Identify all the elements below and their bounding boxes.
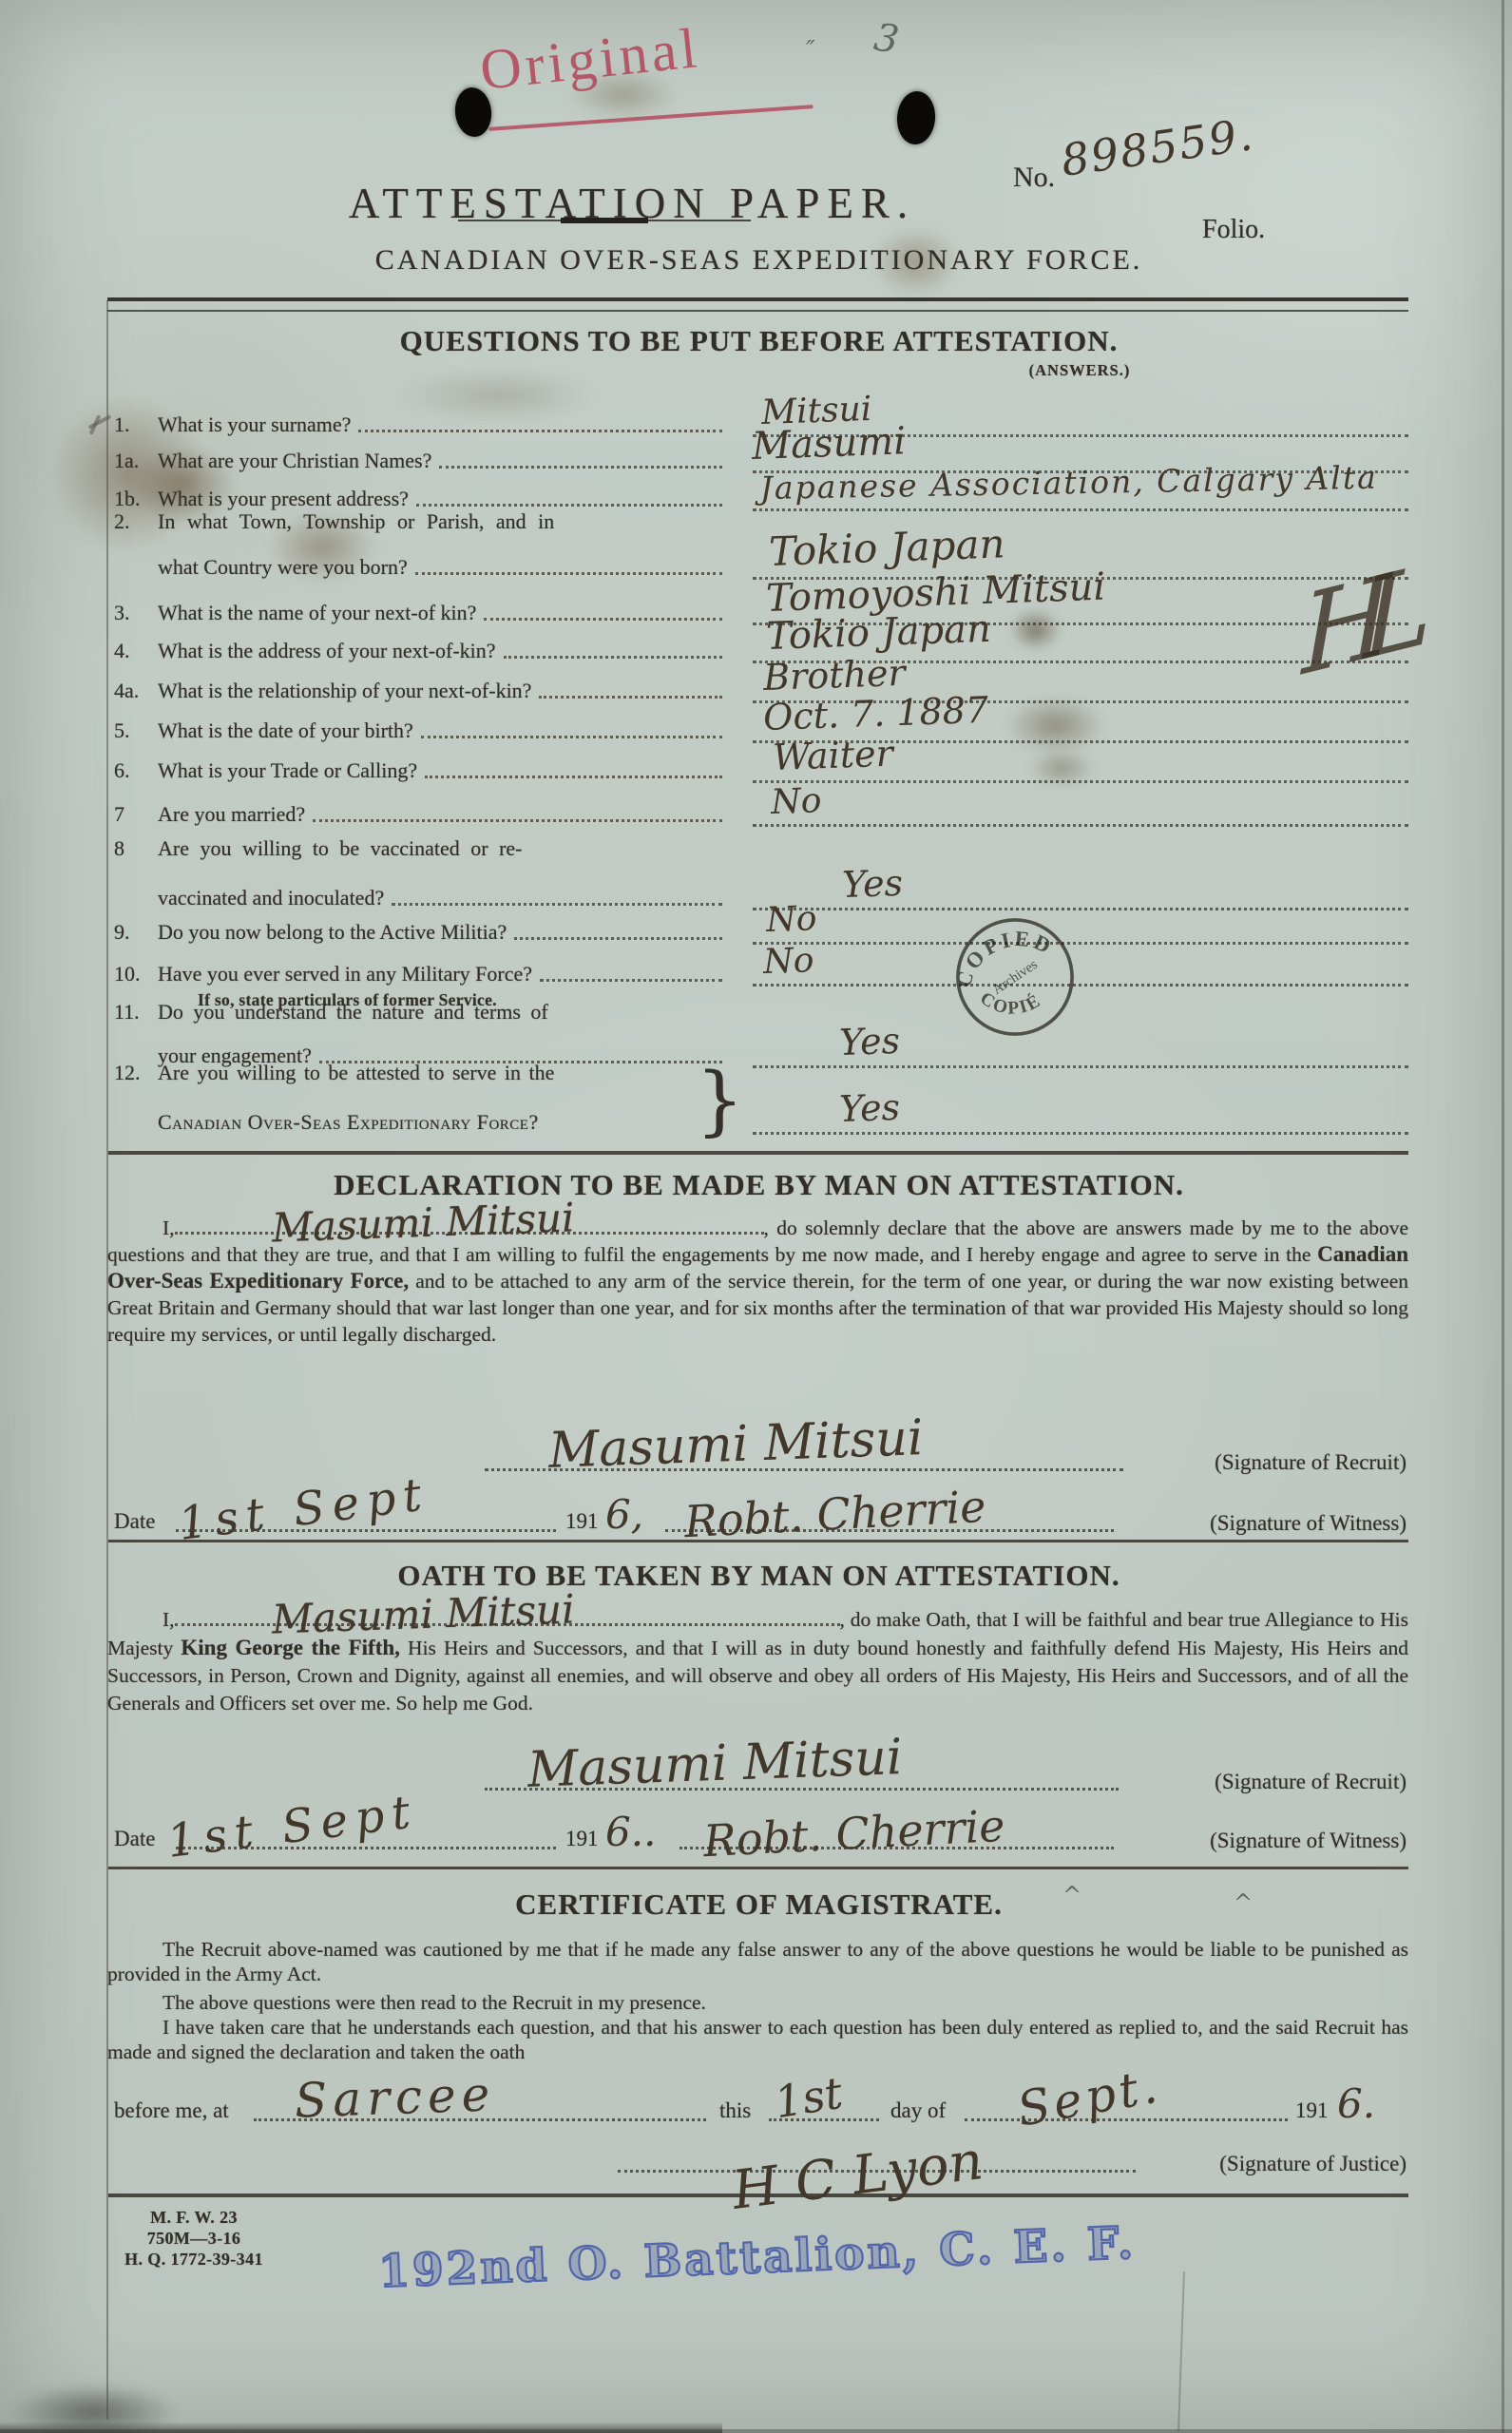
declaration-heading: DECLARATION TO BE MADE BY MAN ON ATTESTA… [109, 1168, 1408, 1202]
certificate-paragraph-1: The Recruit above-named was cautioned by… [107, 1937, 1408, 1986]
year-print: 191 [565, 1509, 599, 1534]
question-number: 5. [114, 718, 158, 743]
handwritten-answer: Waiter [772, 733, 893, 778]
this-label: this [719, 2098, 751, 2123]
section-divider [108, 1540, 1408, 1542]
question-row-4a: 4a.What is the relationship of your next… [114, 665, 1408, 703]
declaration-date-row: Date 1st Sept 191 6, Robt. Cherrie (Sign… [109, 1479, 1408, 1540]
question-text: What is the date of your birth? [158, 718, 413, 743]
section-divider [108, 1867, 1408, 1869]
question-text: What is the name of your next-of kin? [158, 601, 476, 625]
handwritten-answer: Yes [838, 1086, 900, 1130]
dotted-leader [358, 430, 722, 432]
oath-heading: OATH TO BE TAKEN BY MAN ON ATTESTATION. [109, 1559, 1408, 1593]
question-text: Canadian Over-Seas Expeditionary Force? [158, 1110, 539, 1135]
recruit-signature-label: (Signature of Recruit) [1215, 1770, 1407, 1794]
witness-signature-label: (Signature of Witness) [1210, 1829, 1407, 1853]
pencil-caret: ^ [1234, 1889, 1253, 1916]
question-number: 12. [114, 1061, 158, 1085]
document-subtitle: CANADIAN OVER-SEAS EXPEDITIONARY FORCE. [109, 244, 1408, 277]
question-number: 8 [114, 836, 158, 861]
handwritten-answer: No [766, 899, 818, 940]
recruit-signature-label: (Signature of Recruit) [1215, 1450, 1407, 1475]
folio-label: Folio. [1202, 215, 1265, 245]
handwritten-answer: Tokio Japan [765, 607, 991, 659]
question-number: 1. [114, 412, 158, 437]
handwritten-date: 1st Sept [176, 1467, 432, 1551]
witness-signature: Robt. Cherrie [702, 1800, 1006, 1868]
certificate-before-me-row: before me, at Sarcee this 1st day of Sep… [109, 2068, 1408, 2129]
oath-name-line: Masumi Mitsui [175, 1600, 840, 1626]
dotted-leader [504, 656, 722, 659]
page-edge [0, 2429, 1512, 2433]
question-number: 4. [114, 639, 158, 663]
year-print: 191 [565, 1827, 599, 1851]
handwritten-answer: Oct. 7. 1887 [762, 689, 988, 738]
declaration-paragraph: I,Masumi Mitsui, do solemnly declare tha… [107, 1209, 1408, 1348]
handwritten-name: Masumi Mitsui [216, 1595, 574, 1635]
form-reference-block: M. F. W. 23 750M—3-16 H. Q. 1772-39-341 [110, 2207, 278, 2270]
question-text: Are you willing to be vaccinated or re- [158, 836, 522, 861]
question-row-9: 9.Do you now belong to the Active Militi… [114, 907, 1408, 945]
certificate-paragraph-2: The above questions were then read to th… [107, 1990, 1408, 2015]
dotted-leader [539, 696, 722, 699]
handwritten-answer: Tokio Japan [768, 520, 1005, 575]
handwritten-answer: No [771, 781, 823, 822]
handwritten-date: 1st Sept [164, 1785, 421, 1868]
dotted-leader [392, 903, 722, 906]
question-text: Do you now belong to the Active Militia? [158, 920, 507, 945]
handwritten-answer: Yes [838, 1020, 900, 1063]
form-reference: H. Q. 1772-39-341 [110, 2249, 278, 2270]
declaration-intro: I, [163, 1216, 175, 1239]
oath-recruit-signature-row: Masumi Mitsui (Signature of Recruit) [109, 1743, 1408, 1798]
answer-line: Yes [753, 1096, 1408, 1135]
question-number: 4a. [114, 679, 158, 703]
curly-brace: } [696, 1056, 744, 1144]
question-row-1b: 1b.What is your present address? Japanes… [114, 473, 1408, 511]
handwritten-year-digit: 6.. [605, 1809, 656, 1855]
question-text: What is the address of your next-of-kin? [158, 639, 496, 663]
handwritten-year-digit: 6. [1337, 2080, 1375, 2127]
question-row-5: 5.What is the date of your birth? Oct. 7… [114, 705, 1408, 743]
service-number-handwritten: 898559. [1058, 108, 1257, 186]
dotted-leader [416, 504, 722, 507]
answer-line: No [753, 906, 1408, 945]
witness-signature-label: (Signature of Witness) [1210, 1511, 1407, 1536]
question-number: 7 [114, 802, 158, 827]
question-number: 6. [114, 758, 158, 783]
question-text: Have you ever served in any Military For… [158, 962, 532, 987]
form-reference: 750M—3-16 [110, 2228, 278, 2249]
handwritten-year-digit: 6, [605, 1491, 643, 1538]
question-text: Are you willing to be attested to serve … [158, 1061, 554, 1085]
question-text: In what Town, Township or Parish, and in [158, 509, 554, 534]
oath-paragraph: I,Masumi Mitsui, do make Oath, that I wi… [107, 1600, 1408, 1717]
handwritten-place: Sarcee [294, 2066, 496, 2128]
handwritten-day: 1st [771, 2067, 846, 2128]
pencil-caret: ^ [1062, 1882, 1081, 1908]
pencil-mark: ″ [806, 36, 815, 65]
page-edge [1502, 0, 1504, 2433]
question-text: What are your Christian Names? [158, 449, 431, 473]
questions-heading: QUESTIONS TO BE PUT BEFORE ATTESTATION. [109, 324, 1408, 358]
question-row-11: 11.Do you understand the nature and term… [114, 1000, 1408, 1068]
question-number: 2. [114, 509, 158, 534]
attestation-paper-document: Original 3 ″ ATTESTATION PAPER. No. 8985… [0, 0, 1512, 2433]
question-text: What is your surname? [158, 412, 351, 437]
section-divider [108, 1151, 1408, 1155]
original-underline [488, 105, 813, 130]
punch-hole [895, 90, 937, 146]
year-print: 191 [1295, 2098, 1329, 2123]
form-reference: M. F. W. 23 [110, 2207, 278, 2228]
handwritten-month: Sept. [1013, 2058, 1165, 2136]
question-text: Do you understand the nature and terms o… [158, 1000, 548, 1025]
question-text: what Country were you born? [158, 555, 408, 580]
scratch-mark [1177, 2271, 1185, 2431]
question-row-6: 6.What is your Trade or Calling? Waiter [114, 745, 1408, 783]
dotted-leader [540, 979, 722, 982]
question-text: What is the relationship of your next-of… [158, 679, 531, 703]
answer-line: Waiter [753, 744, 1408, 783]
dotted-leader [425, 776, 722, 778]
justice-signature: H C Lyon [729, 2130, 986, 2222]
question-text: What is your present address? [158, 487, 409, 511]
question-row-3: 3.What is the name of your next-of kin? … [114, 587, 1408, 625]
number-label: No. [1013, 162, 1055, 194]
question-row-8: 8Are you willing to be vaccinated or re-… [114, 836, 1408, 910]
question-row-2: 2.In what Town, Township or Parish, and … [114, 509, 1408, 580]
original-annotation: Original [477, 15, 703, 104]
before-me-label: before me, at [114, 2098, 229, 2123]
justice-signature-label: (Signature of Justice) [1219, 2152, 1407, 2176]
dotted-leader [415, 572, 722, 575]
question-number: 1a. [114, 449, 158, 473]
handwritten-answer: No [763, 941, 815, 982]
handwritten-answer: Masumi [751, 419, 906, 469]
dotted-leader [313, 819, 722, 822]
certificate-paragraph-3: I have taken care that he understands ea… [107, 2015, 1408, 2064]
battalion-stamp: 192nd O. Battalion, C. E. F. [377, 2217, 1137, 2299]
pencil-note: 3 [871, 15, 902, 62]
dotted-leader [514, 937, 722, 940]
witness-signature: Robt. Cherrie [683, 1481, 987, 1548]
title-rule [458, 220, 751, 221]
question-text: Are you married? [158, 802, 305, 827]
question-row-4: 4.What is the address of your next-of-ki… [114, 625, 1408, 663]
answer-line: Japanese Association, Calgary Alta [753, 472, 1408, 511]
oath-date-row: Date 1st Sept 191 6.. Robt. Cherrie (Sig… [109, 1798, 1408, 1857]
question-row-10: 10.Have you ever served in any Military … [114, 948, 1408, 987]
date-label: Date [114, 1509, 155, 1534]
declaration-name-line: Masumi Mitsui [175, 1209, 764, 1235]
certificate-heading: CERTIFICATE OF MAGISTRATE. [109, 1887, 1408, 1922]
question-row-7: 7Are you married? No [114, 789, 1408, 827]
justice-signature-row: H C Lyon (Signature of Justice) [109, 2133, 1408, 2180]
answer-line: No [753, 788, 1408, 827]
section-divider [107, 297, 1408, 312]
handwritten-name: Masumi Mitsui [216, 1204, 574, 1243]
question-number: 1b. [114, 487, 158, 511]
copied-archives-stamp: COPIED COPIÉ Archives [938, 900, 1091, 1053]
dotted-leader [421, 736, 722, 738]
question-number: 9. [114, 920, 158, 945]
day-of-label: day of [890, 2098, 946, 2123]
answers-column-label: (ANSWERS.) [979, 361, 1180, 380]
question-text: What is your Trade or Calling? [158, 758, 417, 783]
answer-line: Yes [753, 872, 1408, 910]
question-number: 10. [114, 962, 158, 987]
dotted-leader [439, 466, 722, 469]
dotted-leader [484, 618, 722, 621]
margin-rule [106, 300, 108, 2420]
declaration-recruit-signature-row: Masumi Mitsui (Signature of Recruit) [109, 1420, 1408, 1479]
question-number: 11. [114, 1000, 158, 1025]
justice-initials-mark: HL [1302, 548, 1403, 700]
question-row-12: 12.Are you willing to be attested to ser… [114, 1061, 1408, 1135]
handwritten-answer: Yes [841, 862, 903, 906]
oath-intro: I, [163, 1608, 175, 1631]
date-label: Date [114, 1827, 155, 1851]
question-number: 3. [114, 601, 158, 625]
